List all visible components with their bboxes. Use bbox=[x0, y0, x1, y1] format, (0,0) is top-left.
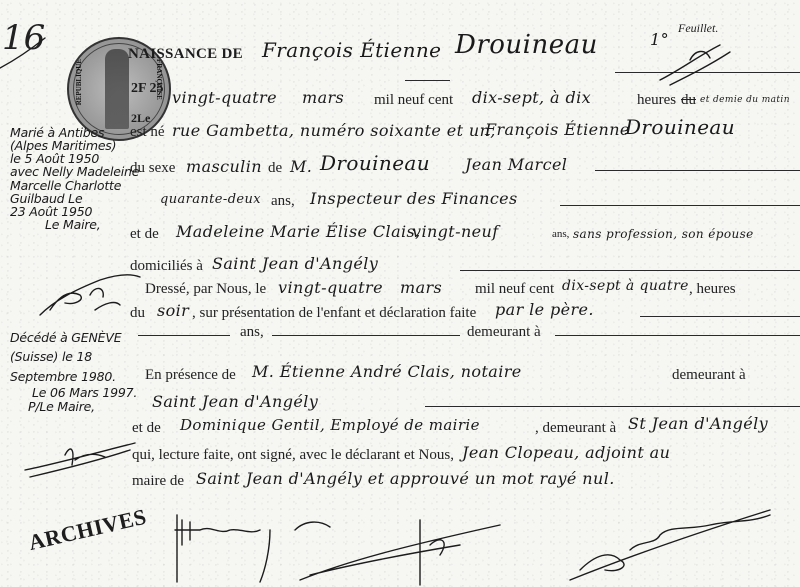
birth-day: vingt-quatre bbox=[172, 88, 277, 107]
stamp-left-text: REPUBLIQUE bbox=[75, 59, 83, 105]
line4-rule bbox=[560, 205, 800, 206]
margin-death-note: Décédé à GENÈVE (Suisse) le 18 Septembre… bbox=[10, 328, 137, 414]
father-given-name: Jean Marcel bbox=[465, 155, 567, 174]
margin-death-line: Septembre 1980. bbox=[10, 367, 137, 386]
printed-demeurant-2: demeurant à bbox=[672, 367, 746, 384]
document-page: 16 REPUBLIQUE FRANÇAISE 2F 25 2Le NAISSA… bbox=[0, 0, 800, 587]
hours-suffix: et demie du matin bbox=[700, 95, 790, 105]
father-title: M. bbox=[290, 157, 312, 176]
paraph-signature bbox=[650, 40, 740, 90]
declarant: par le père. bbox=[495, 300, 594, 319]
mayor-signature-1 bbox=[35, 265, 145, 325]
birth-address: rue Gambetta, numéro soixante et un, bbox=[172, 121, 496, 140]
margin-death-line: P/Le Maire, bbox=[10, 400, 137, 414]
printed-year-prefix: mil neuf cent bbox=[374, 92, 453, 109]
witness1-residence: Saint Jean d'Angély bbox=[152, 392, 318, 411]
printed-heures-2: , heures bbox=[689, 281, 736, 298]
signature-drouineau bbox=[170, 500, 280, 585]
witness2: Dominique Gentil, Employé de mairie bbox=[180, 416, 480, 434]
signature-clopeau bbox=[560, 495, 780, 585]
birth-year: dix-sept, à dix bbox=[472, 88, 591, 107]
line9-rule-left bbox=[138, 335, 230, 336]
father-family-name: Drouineau bbox=[320, 151, 430, 175]
margin-marriage-line: Le Maire, bbox=[10, 218, 139, 231]
witness1: M. Étienne André Clais, notaire bbox=[252, 362, 522, 381]
printed-presentation: , sur présentation de l'enfant et déclar… bbox=[192, 305, 476, 322]
margin-marriage-line: 23 Août 1950 bbox=[10, 205, 139, 218]
printed-dresse: Dressé, par Nous, le bbox=[145, 281, 266, 298]
printed-ans-3: ans, bbox=[240, 324, 264, 341]
line9-rule-mid bbox=[272, 335, 460, 336]
stamp-value-top: 2F 25 bbox=[131, 81, 164, 97]
residence: Saint Jean d'Angély bbox=[212, 254, 378, 273]
line9-rule-right bbox=[555, 335, 800, 336]
margin-death-line: Décédé à GENÈVE bbox=[10, 328, 137, 347]
child-given-name: François Étienne bbox=[485, 120, 630, 139]
title-printed: NAISSANCE DE bbox=[128, 46, 243, 63]
printed-hours: heures bbox=[637, 92, 676, 109]
officer-town: Saint Jean d'Angély et approuvé un mot r… bbox=[196, 469, 615, 488]
signature-clais bbox=[290, 505, 510, 587]
margin-marriage-line: Guilbaud Le bbox=[10, 192, 139, 205]
title-ornament bbox=[405, 80, 450, 81]
printed-demeurant: demeurant à bbox=[467, 324, 541, 341]
mother-age: vingt-neuf bbox=[412, 222, 499, 241]
printed-presence: En présence de bbox=[145, 367, 236, 384]
printed-demeurant-3: , demeurant à bbox=[535, 420, 616, 437]
father-age: quarante-deux bbox=[160, 192, 261, 207]
witness2-residence: St Jean d'Angély bbox=[628, 414, 768, 433]
printed-year-prefix-2: mil neuf cent bbox=[475, 281, 554, 298]
archives-stamp: ARCHIVES bbox=[26, 504, 149, 556]
mayor-signature-2 bbox=[20, 435, 140, 485]
printed-du-struck: du bbox=[681, 92, 696, 109]
sheet-label: Feuillet. bbox=[678, 21, 718, 36]
drawn-period: soir bbox=[157, 301, 189, 320]
line6-rule bbox=[460, 270, 800, 271]
birth-month: mars bbox=[302, 88, 344, 107]
title-family-name: Drouineau bbox=[455, 30, 598, 60]
line11-rule bbox=[425, 406, 800, 407]
printed-ans-2: ans, bbox=[552, 228, 569, 240]
drawn-year: dix-sept à quatre bbox=[562, 278, 689, 294]
line8-rule bbox=[640, 316, 800, 317]
margin-marriage-note: Marié à Antibes (Alpes Maritimes) le 5 A… bbox=[10, 126, 139, 231]
printed-lecture: qui, lecture faite, ont signé, avec le d… bbox=[132, 447, 454, 464]
line3-rule bbox=[595, 170, 800, 171]
child-family-name: Drouineau bbox=[625, 115, 735, 139]
drawn-month: mars bbox=[400, 278, 442, 297]
sex: masculin bbox=[186, 157, 262, 176]
marianne-figure-icon bbox=[105, 49, 129, 129]
printed-ans: ans, bbox=[271, 193, 295, 210]
margin-death-line: (Suisse) le 18 bbox=[10, 347, 137, 366]
officer: Jean Clopeau, adjoint au bbox=[462, 443, 670, 462]
printed-de: de bbox=[268, 160, 282, 177]
mother-name: Madeleine Marie Élise Clais, bbox=[176, 222, 421, 241]
margin-marriage-line: avec Nelly Madeleine bbox=[10, 165, 139, 178]
register-number-flourish bbox=[0, 30, 60, 70]
title-given-name: François Étienne bbox=[262, 38, 441, 62]
margin-death-line: Le 06 Mars 1997. bbox=[10, 386, 137, 400]
margin-marriage-line: Marcelle Charlotte bbox=[10, 179, 139, 192]
father-occupation: Inspecteur des Finances bbox=[310, 189, 518, 208]
mother-occupation: sans profession, son épouse bbox=[573, 227, 754, 241]
drawn-day: vingt-quatre bbox=[278, 278, 383, 297]
